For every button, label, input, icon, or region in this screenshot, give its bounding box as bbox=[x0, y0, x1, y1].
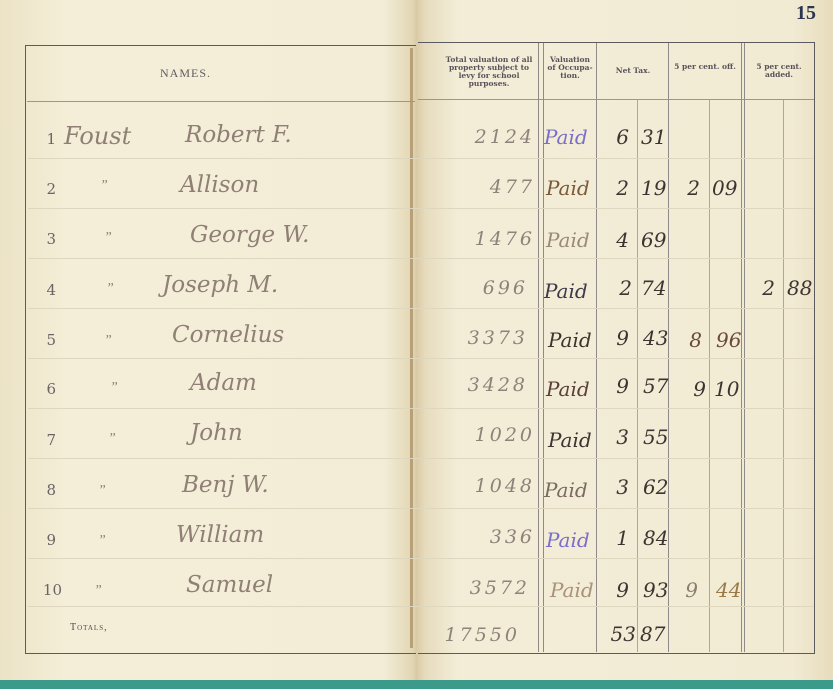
net-tax-dollars: 3 bbox=[609, 475, 629, 499]
five-off-cents: 96 bbox=[716, 328, 741, 352]
net-tax-dollars: 1 bbox=[609, 526, 629, 550]
net-tax-cents: 31 bbox=[641, 125, 666, 149]
given-name: Benj W. bbox=[182, 472, 269, 498]
background-surface bbox=[0, 680, 833, 689]
occupation-status: Paid bbox=[544, 125, 588, 149]
ditto-mark: ” bbox=[94, 583, 102, 599]
ditto-mark: ” bbox=[104, 230, 112, 246]
ditto-mark: ” bbox=[104, 333, 112, 349]
ditto-mark: ” bbox=[98, 483, 106, 499]
five-off-dollars: 8 bbox=[682, 328, 702, 352]
col-divider bbox=[709, 100, 710, 652]
net-tax-cents: 55 bbox=[643, 425, 668, 449]
given-name: Robert F. bbox=[185, 122, 292, 148]
given-name: Samuel bbox=[186, 572, 273, 598]
row-number: 3 bbox=[28, 230, 56, 248]
given-name: George W. bbox=[190, 222, 309, 248]
net-tax-cents: 19 bbox=[641, 176, 666, 200]
net-tax-dollars: 9 bbox=[609, 578, 629, 602]
occupation-status: Paid bbox=[548, 428, 592, 452]
five-off-cents: 10 bbox=[714, 377, 739, 401]
ditto-mark: ” bbox=[110, 380, 118, 396]
property-valuation: 3428 bbox=[448, 374, 528, 396]
net-tax-dollars: 3 bbox=[609, 425, 629, 449]
given-name: Joseph M. bbox=[162, 272, 278, 298]
row-number: 8 bbox=[28, 481, 56, 499]
row-number: 10 bbox=[34, 581, 62, 599]
five-added-dollars: 2 bbox=[755, 276, 775, 300]
five-off-dollars: 2 bbox=[680, 176, 700, 200]
five-added-cents: 88 bbox=[787, 276, 812, 300]
given-name: Adam bbox=[190, 370, 257, 396]
given-name: William bbox=[176, 522, 264, 548]
row-number: 2 bbox=[28, 180, 56, 198]
net-tax-dollars: 4 bbox=[609, 228, 629, 252]
net-tax-cents: 84 bbox=[643, 526, 668, 550]
ditto-mark: ” bbox=[108, 431, 116, 447]
row-number: 9 bbox=[28, 531, 56, 549]
ledger-book: 15 NAMES. Total valuation of all propert… bbox=[0, 0, 833, 686]
given-name: Allison bbox=[180, 172, 259, 198]
occupation-status: Paid bbox=[546, 528, 590, 552]
occupation-status: Paid bbox=[548, 328, 592, 352]
property-valuation: 336 bbox=[455, 526, 535, 548]
col-divider bbox=[744, 43, 745, 652]
total-net-tax-dollars: 53 bbox=[610, 622, 636, 646]
given-name: Cornelius bbox=[172, 322, 284, 348]
valuation-occupation-header: Valuation of Occupa-tion. bbox=[545, 56, 595, 80]
property-valuation: 1048 bbox=[455, 475, 535, 497]
net-tax-cents: 69 bbox=[641, 228, 666, 252]
occupation-status: Paid bbox=[550, 578, 594, 602]
five-off-cents: 09 bbox=[712, 176, 737, 200]
occupation-status: Paid bbox=[546, 377, 590, 401]
page-number: 15 bbox=[796, 2, 816, 25]
total-net-tax-cents: 87 bbox=[640, 622, 665, 646]
five-percent-added-header: 5 per cent. added. bbox=[746, 63, 812, 79]
property-valuation: 3373 bbox=[448, 327, 528, 349]
five-off-dollars: 9 bbox=[678, 578, 698, 602]
occupation-status: Paid bbox=[546, 176, 590, 200]
property-valuation: 2124 bbox=[455, 126, 535, 148]
row-number: 4 bbox=[28, 281, 56, 299]
net-tax-cents: 43 bbox=[643, 326, 668, 350]
property-valuation: 3572 bbox=[450, 577, 530, 599]
net-tax-dollars: 2 bbox=[609, 176, 629, 200]
net-tax-dollars: 9 bbox=[609, 326, 629, 350]
net-tax-cents: 62 bbox=[643, 475, 668, 499]
property-valuation: 696 bbox=[448, 277, 528, 299]
ditto-mark: ” bbox=[100, 178, 108, 194]
names-column-header: NAMES. bbox=[160, 66, 211, 81]
ditto-mark: ” bbox=[106, 281, 114, 297]
five-percent-off-header: 5 per cent. off. bbox=[670, 63, 740, 71]
ditto-mark: ” bbox=[98, 533, 106, 549]
property-valuation: 477 bbox=[455, 176, 535, 198]
col-divider bbox=[637, 100, 638, 652]
given-name: John bbox=[190, 420, 243, 446]
row-number: 6 bbox=[28, 380, 56, 398]
net-tax-dollars: 9 bbox=[609, 374, 629, 398]
net-tax-cents: 74 bbox=[641, 276, 666, 300]
header-divider-right bbox=[418, 99, 814, 100]
five-off-dollars: 9 bbox=[686, 377, 706, 401]
col-divider bbox=[596, 43, 597, 652]
five-off-cents: 44 bbox=[716, 578, 741, 602]
col-divider bbox=[783, 100, 784, 652]
total-valuation: 17550 bbox=[440, 624, 520, 646]
col-divider bbox=[538, 43, 539, 652]
net-tax-dollars: 6 bbox=[609, 125, 629, 149]
header-divider-left bbox=[27, 101, 415, 102]
row-number: 1 bbox=[28, 130, 56, 148]
total-valuation-header: Total valuation of all property subject … bbox=[444, 56, 534, 88]
occupation-status: Paid bbox=[544, 478, 588, 502]
net-tax-cents: 93 bbox=[643, 578, 668, 602]
occupation-status: Paid bbox=[546, 228, 590, 252]
occupation-status: Paid bbox=[544, 279, 588, 303]
totals-label: Totals, bbox=[70, 622, 108, 633]
property-valuation: 1476 bbox=[455, 228, 535, 250]
property-valuation: 1020 bbox=[455, 424, 535, 446]
net-tax-header: Net Tax. bbox=[598, 67, 668, 75]
surname: Foust bbox=[64, 122, 131, 150]
net-tax-dollars: 2 bbox=[612, 276, 632, 300]
row-number: 7 bbox=[28, 431, 56, 449]
row-number: 5 bbox=[28, 331, 56, 349]
net-tax-cents: 57 bbox=[643, 374, 668, 398]
